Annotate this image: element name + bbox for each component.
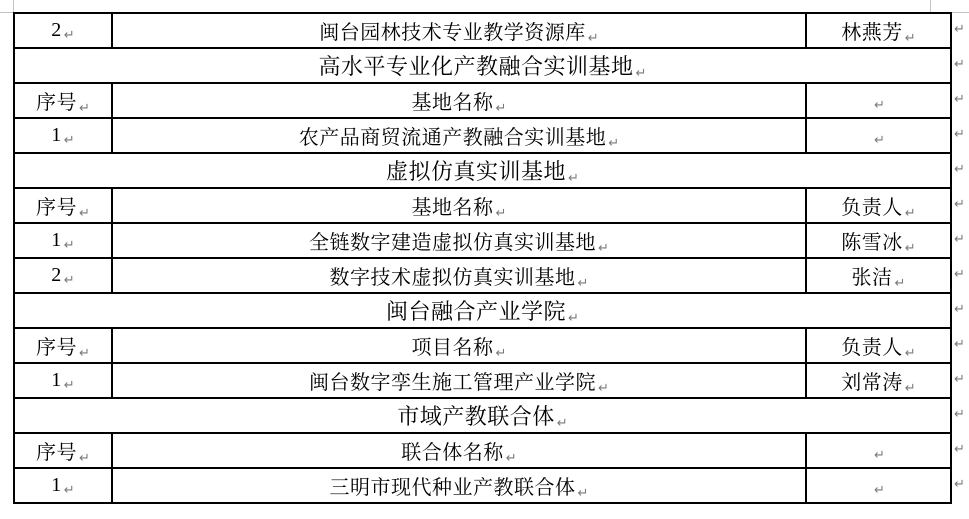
serial-cell[interactable]: 1↵ — [14, 363, 112, 398]
header-row: 序号↵联合体名称↵↵ — [14, 433, 951, 468]
end-of-cell-mark: ↵ — [905, 241, 916, 256]
end-of-cell-mark: ↵ — [608, 136, 619, 151]
name-cell[interactable]: 项目名称↵ — [112, 328, 806, 363]
person-cell[interactable]: 刘常涛↵ — [806, 363, 951, 398]
cell-text: 三明市现代种业产教联合体 — [330, 477, 576, 499]
end-of-cell-mark: ↵ — [64, 133, 75, 148]
cell-text: 闽台园林技术专业教学资源库 — [319, 22, 586, 44]
end-of-cell-mark: ↵ — [568, 311, 579, 326]
end-of-cell-mark: ↵ — [496, 101, 507, 116]
name-cell[interactable]: 农产品商贸流通产教融合实训基地↵ — [112, 118, 806, 153]
person-cell[interactable]: ↵ — [806, 433, 951, 468]
section-title-cell[interactable]: 闽台融合产业学院↵ — [14, 293, 951, 328]
end-of-cell-mark: ↵ — [874, 98, 885, 113]
end-of-cell-mark: ↵ — [79, 206, 90, 221]
name-cell[interactable]: 基地名称↵ — [112, 188, 806, 223]
end-of-cell-mark: ↵ — [598, 241, 609, 256]
section-row: 高水平专业化产教融合实训基地↵ — [14, 48, 951, 83]
end-of-cell-mark: ↵ — [636, 66, 647, 81]
section-row: 虚拟仿真实训基地↵ — [14, 153, 951, 188]
document-page: 2↵闽台园林技术专业教学资源库↵林燕芳↵高水平专业化产教融合实训基地↵序号↵基地… — [0, 0, 969, 519]
serial-cell[interactable]: 序号↵ — [14, 83, 112, 118]
person-cell[interactable]: 负责人↵ — [806, 188, 951, 223]
cell-text: 序号 — [36, 197, 77, 219]
end-of-cell-mark: ↵ — [64, 238, 75, 253]
entry-row: 1↵农产品商贸流通产教融合实训基地↵↵ — [14, 118, 951, 153]
cell-text: 刘常涛 — [841, 372, 903, 394]
name-cell[interactable]: 闽台园林技术专业教学资源库↵ — [112, 13, 806, 48]
end-of-cell-mark: ↵ — [64, 28, 75, 43]
name-cell[interactable]: 数字技术虚拟仿真实训基地↵ — [112, 258, 806, 293]
end-of-cell-mark: ↵ — [905, 381, 916, 396]
cell-text: 联合体名称 — [401, 442, 504, 464]
entry-row: 1↵三明市现代种业产教联合体↵↵ — [14, 468, 951, 503]
name-cell[interactable]: 三明市现代种业产教联合体↵ — [112, 468, 806, 503]
serial-cell[interactable]: 2↵ — [14, 258, 112, 293]
cell-text: 2 — [51, 264, 62, 286]
end-of-cell-mark: ↵ — [905, 346, 916, 361]
end-of-cell-mark: ↵ — [588, 31, 599, 46]
cell-text: 基地名称 — [412, 197, 494, 219]
gridline-remnant-horizontal-right — [950, 12, 969, 13]
person-cell[interactable]: 负责人↵ — [806, 328, 951, 363]
end-of-cell-mark: ↵ — [905, 31, 916, 46]
end-of-cell-mark: ↵ — [598, 381, 609, 396]
end-of-row-mark: ↵ — [954, 442, 965, 457]
cell-text: 数字技术虚拟仿真实训基地 — [330, 267, 576, 289]
cell-text: 林燕芳 — [841, 22, 903, 44]
end-of-row-mark: ↵ — [954, 232, 965, 247]
cell-text: 1 — [51, 124, 62, 146]
cell-text: 1 — [51, 229, 62, 251]
cell-text: 张洁 — [852, 267, 893, 289]
cell-text: 序号 — [36, 442, 77, 464]
cell-text: 序号 — [36, 92, 77, 114]
cell-text: 虚拟仿真实训基地 — [386, 159, 566, 184]
end-of-cell-mark: ↵ — [506, 451, 517, 466]
end-of-row-mark: ↵ — [954, 127, 965, 142]
gridline-remnant-horizontal-left — [0, 12, 13, 13]
serial-cell[interactable]: 1↵ — [14, 223, 112, 258]
name-cell[interactable]: 基地名称↵ — [112, 83, 806, 118]
section-row: 闽台融合产业学院↵ — [14, 293, 951, 328]
cell-text: 市域产教联合体 — [397, 404, 555, 429]
entry-row: 2↵数字技术虚拟仿真实训基地↵张洁↵ — [14, 258, 951, 293]
end-of-cell-mark: ↵ — [79, 101, 90, 116]
person-cell[interactable]: ↵ — [806, 83, 951, 118]
document-table: 2↵闽台园林技术专业教学资源库↵林燕芳↵高水平专业化产教融合实训基地↵序号↵基地… — [13, 12, 952, 504]
end-of-cell-mark: ↵ — [874, 133, 885, 148]
cell-text: 高水平专业化产教融合实训基地 — [319, 54, 634, 79]
gridline-remnant-vertical-right — [930, 0, 931, 12]
person-cell[interactable]: 陈雪冰↵ — [806, 223, 951, 258]
gridline-remnant-vertical-left — [13, 0, 14, 12]
serial-cell[interactable]: 序号↵ — [14, 328, 112, 363]
cell-text: 全链数字建造虚拟仿真实训基地 — [309, 232, 596, 254]
cell-text: 农产品商贸流通产教融合实训基地 — [299, 127, 607, 149]
entry-row: 1↵闽台数字孪生施工管理产业学院↵刘常涛↵ — [14, 363, 951, 398]
end-of-row-mark: ↵ — [954, 302, 965, 317]
end-of-cell-mark: ↵ — [578, 486, 589, 501]
cell-text: 序号 — [36, 337, 77, 359]
end-of-row-mark: ↵ — [954, 22, 965, 37]
serial-cell[interactable]: 1↵ — [14, 118, 112, 153]
end-of-cell-mark: ↵ — [64, 378, 75, 393]
end-of-row-mark: ↵ — [954, 267, 965, 282]
section-title-cell[interactable]: 高水平专业化产教融合实训基地↵ — [14, 48, 951, 83]
cell-text: 基地名称 — [412, 92, 494, 114]
end-of-row-mark: ↵ — [954, 337, 965, 352]
end-of-cell-mark: ↵ — [905, 206, 916, 221]
cell-text: 负责人 — [841, 337, 903, 359]
end-of-cell-mark: ↵ — [874, 483, 885, 498]
end-of-cell-mark: ↵ — [64, 273, 75, 288]
entry-row: 1↵全链数字建造虚拟仿真实训基地↵陈雪冰↵ — [14, 223, 951, 258]
cell-text: 项目名称 — [412, 337, 494, 359]
header-row: 序号↵项目名称↵负责人↵ — [14, 328, 951, 363]
end-of-row-mark: ↵ — [954, 407, 965, 422]
end-of-cell-mark: ↵ — [895, 276, 906, 291]
serial-cell[interactable]: 2↵ — [14, 13, 112, 48]
header-row: 序号↵基地名称↵负责人↵ — [14, 188, 951, 223]
person-cell[interactable]: 张洁↵ — [806, 258, 951, 293]
end-of-cell-mark: ↵ — [496, 206, 507, 221]
name-cell[interactable]: 全链数字建造虚拟仿真实训基地↵ — [112, 223, 806, 258]
person-cell[interactable]: ↵ — [806, 468, 951, 503]
serial-cell[interactable]: 序号↵ — [14, 433, 112, 468]
entry-row: 2↵闽台园林技术专业教学资源库↵林燕芳↵ — [14, 13, 951, 48]
end-of-cell-mark: ↵ — [557, 416, 568, 431]
serial-cell[interactable]: 1↵ — [14, 468, 112, 503]
cell-text: 闽台融合产业学院 — [386, 299, 566, 324]
end-of-cell-mark: ↵ — [568, 171, 579, 186]
section-title-cell[interactable]: 虚拟仿真实训基地↵ — [14, 153, 951, 188]
header-row: 序号↵基地名称↵↵ — [14, 83, 951, 118]
end-of-cell-mark: ↵ — [79, 451, 90, 466]
cell-text: 闽台数字孪生施工管理产业学院 — [309, 372, 596, 394]
end-of-row-mark: ↵ — [954, 372, 965, 387]
cell-text: 负责人 — [841, 197, 903, 219]
person-cell[interactable]: ↵ — [806, 118, 951, 153]
cell-text: 1 — [51, 474, 62, 496]
end-of-row-mark: ↵ — [954, 197, 965, 212]
section-row: 市域产教联合体↵ — [14, 398, 951, 433]
cell-text: 陈雪冰 — [841, 232, 903, 254]
end-of-cell-mark: ↵ — [578, 276, 589, 291]
end-of-row-mark: ↵ — [954, 57, 965, 72]
name-cell[interactable]: 联合体名称↵ — [112, 433, 806, 468]
section-title-cell[interactable]: 市域产教联合体↵ — [14, 398, 951, 433]
person-cell[interactable]: 林燕芳↵ — [806, 13, 951, 48]
end-of-cell-mark: ↵ — [79, 346, 90, 361]
end-of-row-mark: ↵ — [954, 92, 965, 107]
cell-text: 2 — [51, 19, 62, 41]
end-of-row-mark: ↵ — [954, 162, 965, 177]
name-cell[interactable]: 闽台数字孪生施工管理产业学院↵ — [112, 363, 806, 398]
end-of-cell-mark: ↵ — [496, 346, 507, 361]
end-of-cell-mark: ↵ — [64, 483, 75, 498]
serial-cell[interactable]: 序号↵ — [14, 188, 112, 223]
end-of-row-mark: ↵ — [954, 477, 965, 492]
end-of-cell-mark: ↵ — [874, 448, 885, 463]
cell-text: 1 — [51, 369, 62, 391]
